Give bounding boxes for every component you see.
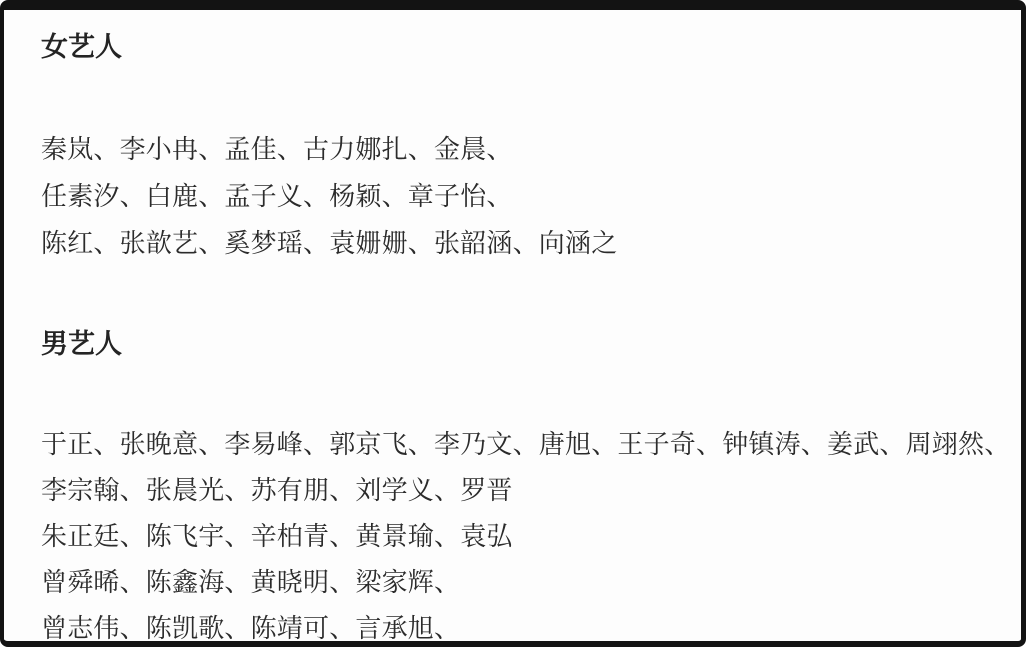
artist-line: 陈红、张歆艺、奚梦瑶、袁姗姗、张韶涵、向涵之 xyxy=(41,220,1001,267)
artist-line: 秦岚、李小冉、孟佳、古力娜扎、金晨、 xyxy=(41,126,1001,173)
artist-line: 曾舜晞、陈鑫海、黄晓明、梁家辉、 xyxy=(41,559,1001,605)
section-female-artists: 女艺人 秦岚、李小冉、孟佳、古力娜扎、金晨、 任素汐、白鹿、孟子义、杨颖、章子怡… xyxy=(41,32,1001,267)
section-heading-male: 男艺人 xyxy=(41,329,1001,359)
artist-line: 曾志伟、陈凯歌、陈靖可、言承旭、 xyxy=(41,605,1001,647)
section-male-artists: 男艺人 于正、张晚意、李易峰、郭京飞、李乃文、唐旭、王子奇、钟镇涛、姜武、周翊然… xyxy=(41,329,1001,647)
artist-line: 李宗翰、张晨光、苏有朋、刘学义、罗晋 xyxy=(41,467,1001,513)
artist-line: 任素汐、白鹿、孟子义、杨颖、章子怡、 xyxy=(41,173,1001,220)
document-content: 女艺人 秦岚、李小冉、孟佳、古力娜扎、金晨、 任素汐、白鹿、孟子义、杨颖、章子怡… xyxy=(4,10,1021,647)
male-artist-list: 于正、张晚意、李易峰、郭京飞、李乃文、唐旭、王子奇、钟镇涛、姜武、周翊然、 李宗… xyxy=(41,421,1001,647)
artist-line: 朱正廷、陈飞宇、辛柏青、黄景瑜、袁弘 xyxy=(41,513,1001,559)
section-heading-female: 女艺人 xyxy=(41,32,1001,62)
document-frame: 女艺人 秦岚、李小冉、孟佳、古力娜扎、金晨、 任素汐、白鹿、孟子义、杨颖、章子怡… xyxy=(0,0,1026,647)
female-artist-list: 秦岚、李小冉、孟佳、古力娜扎、金晨、 任素汐、白鹿、孟子义、杨颖、章子怡、 陈红… xyxy=(41,126,1001,267)
artist-line: 于正、张晚意、李易峰、郭京飞、李乃文、唐旭、王子奇、钟镇涛、姜武、周翊然、 xyxy=(41,421,1001,467)
screenshot-page: 女艺人 秦岚、李小冉、孟佳、古力娜扎、金晨、 任素汐、白鹿、孟子义、杨颖、章子怡… xyxy=(0,0,1026,647)
